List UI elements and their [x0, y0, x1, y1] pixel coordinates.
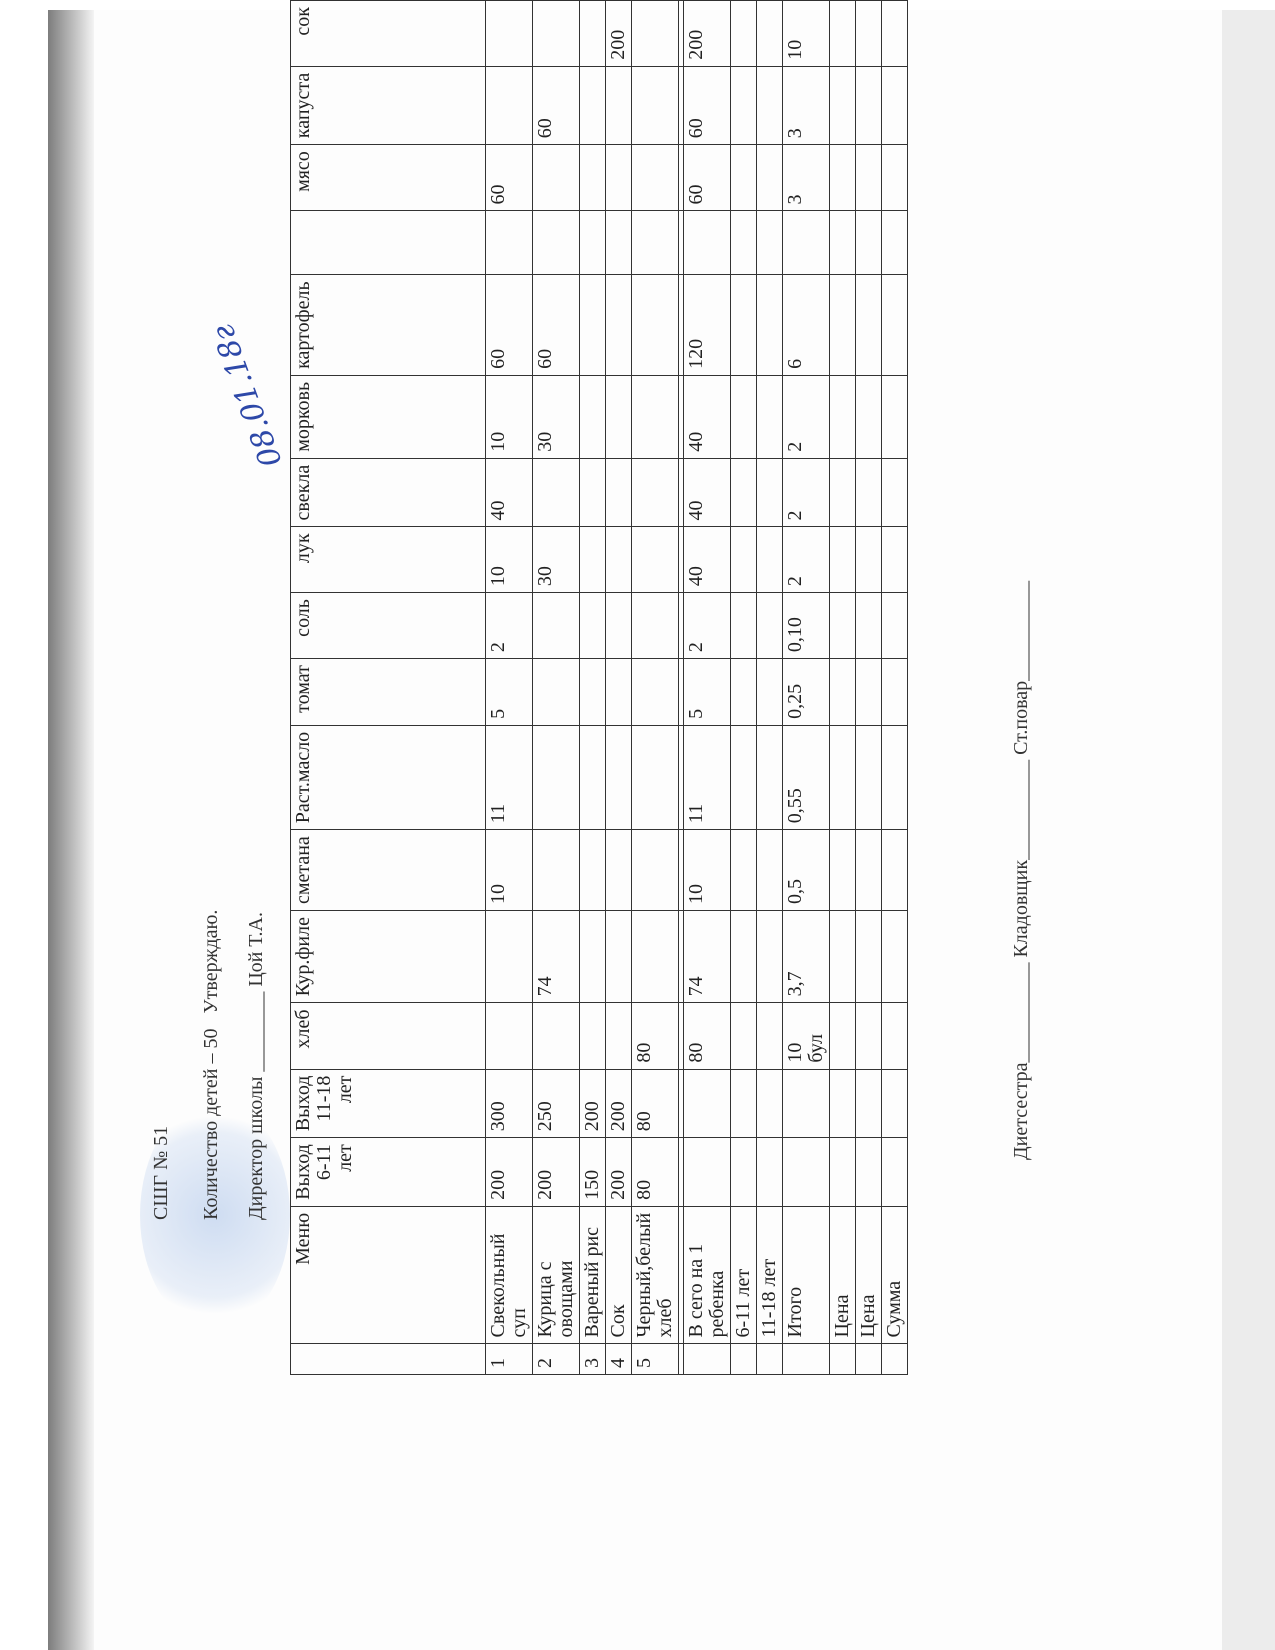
table-cell	[533, 830, 580, 911]
table-cell	[757, 911, 783, 1003]
table-cell	[757, 458, 783, 527]
table-row: Цена	[830, 1, 856, 1375]
table-cell: 74	[684, 911, 731, 1003]
row-number: 1	[486, 1344, 533, 1375]
approved-label: Утверждаю.	[200, 910, 222, 1014]
director-name: Цой Т.А.	[245, 912, 267, 987]
table-cell	[882, 725, 908, 829]
table-cell	[830, 211, 856, 275]
table-cell	[856, 458, 882, 527]
table-cell	[533, 593, 580, 659]
dish-name: Итого	[783, 1206, 830, 1344]
table-cell	[882, 830, 908, 911]
table-cell: 2	[783, 375, 830, 458]
table-row: 2Курица с овощами2002507430306060	[533, 1, 580, 1375]
column-header: Раст.масло	[291, 725, 486, 829]
table-cell: 0,55	[783, 725, 830, 829]
table-cell	[580, 375, 606, 458]
table-cell	[632, 66, 679, 144]
storekeeper-label: Кладовщик	[1010, 860, 1032, 958]
rotated-page: СШГ № 51 Количество детей – 50 Утверждаю…	[0, 0, 1275, 1650]
table-cell: 60	[684, 66, 731, 144]
table-cell	[757, 145, 783, 211]
table-cell	[830, 375, 856, 458]
table-cell: 200	[606, 1, 632, 67]
table-cell	[533, 145, 580, 211]
school-number: СШГ № 51	[150, 1126, 173, 1220]
table-cell	[632, 725, 679, 829]
table-cell	[783, 1069, 830, 1138]
table-cell: 40	[486, 458, 533, 527]
dish-name: Сумма	[882, 1206, 908, 1344]
table-cell: 150	[580, 1138, 606, 1207]
table-cell	[830, 593, 856, 659]
table-cell	[882, 1138, 908, 1207]
dish-name: Черный,белый хлеб	[632, 1206, 679, 1344]
table-cell	[580, 830, 606, 911]
table-cell	[731, 1069, 757, 1138]
dish-name: Цена	[830, 1206, 856, 1344]
table-cell: 80	[632, 1069, 679, 1138]
table-cell	[856, 145, 882, 211]
table-cell: 200	[684, 1, 731, 67]
row-number	[684, 1344, 731, 1375]
table-cell: 60	[533, 66, 580, 144]
dish-name: Сок	[606, 1206, 632, 1344]
table-cell	[757, 830, 783, 911]
column-header: Кур.филе	[291, 911, 486, 1003]
table-cell: 60	[486, 145, 533, 211]
table-cell: 300	[486, 1069, 533, 1138]
table-cell	[882, 1069, 908, 1138]
menu-table: МенюВыход 6-11 летВыход 11-18 летхлебКур…	[290, 0, 908, 1375]
table-cell	[606, 1003, 632, 1069]
table-cell	[856, 1, 882, 67]
table-cell	[632, 145, 679, 211]
table-cell	[830, 1, 856, 67]
table-cell	[606, 458, 632, 527]
table-cell: 200	[606, 1138, 632, 1207]
footer-signatures: Диетсестра__________ Кладовщик__________…	[1010, 581, 1033, 1160]
table-cell: 30	[533, 527, 580, 593]
column-header: Выход 11-18 лет	[291, 1069, 486, 1138]
column-header: сметана	[291, 830, 486, 911]
table-cell	[882, 1003, 908, 1069]
table-cell: 10	[783, 1, 830, 67]
table-cell	[830, 1138, 856, 1207]
table-cell	[882, 1, 908, 67]
director-line: Директор школы ________ Цой Т.А.	[245, 912, 268, 1220]
table-cell	[486, 66, 533, 144]
table-cell: 11	[684, 725, 731, 829]
table-cell	[856, 830, 882, 911]
table-cell	[533, 211, 580, 275]
table-cell	[882, 593, 908, 659]
table-cell	[580, 66, 606, 144]
row-number	[757, 1344, 783, 1375]
table-cell	[486, 211, 533, 275]
num-header	[291, 1344, 486, 1375]
table-cell	[830, 527, 856, 593]
dietitian-label: Диетсестра	[1010, 1063, 1032, 1160]
table-cell	[533, 725, 580, 829]
table-cell	[606, 830, 632, 911]
table-cell	[757, 375, 783, 458]
table-cell	[731, 830, 757, 911]
table-cell: 3	[783, 66, 830, 144]
column-header: соль	[291, 593, 486, 659]
table-cell	[757, 593, 783, 659]
table-cell	[830, 1003, 856, 1069]
table-cell: 60	[533, 275, 580, 375]
table-cell	[882, 458, 908, 527]
table-cell	[580, 458, 606, 527]
table-cell	[731, 593, 757, 659]
dish-name: Свекольный суп	[486, 1206, 533, 1344]
table-cell	[533, 659, 580, 726]
table-cell	[533, 1003, 580, 1069]
table-cell	[856, 275, 882, 375]
table-cell	[783, 1138, 830, 1207]
table-cell	[632, 527, 679, 593]
column-header: свекла	[291, 458, 486, 527]
dish-name: В сего на 1 ребенка	[684, 1206, 731, 1344]
table-cell: 60	[684, 145, 731, 211]
table-cell: 5	[486, 659, 533, 726]
table-cell: 80	[684, 1003, 731, 1069]
table-cell	[757, 1, 783, 67]
table-cell	[606, 145, 632, 211]
row-number: 3	[580, 1344, 606, 1375]
table-row: 5Черный,белый хлеб808080	[632, 1, 679, 1375]
table-cell	[830, 1069, 856, 1138]
table-cell: 74	[533, 911, 580, 1003]
table-cell	[882, 211, 908, 275]
column-header: хлеб	[291, 1003, 486, 1069]
table-cell	[731, 659, 757, 726]
table-cell	[632, 911, 679, 1003]
column-header: мясо	[291, 145, 486, 211]
table-cell	[632, 593, 679, 659]
table-cell	[731, 1, 757, 67]
table-cell	[757, 659, 783, 726]
table-cell	[606, 66, 632, 144]
table-row: В сего на 1 ребенка807410115240404012060…	[684, 1, 731, 1375]
row-number: 5	[632, 1344, 679, 1375]
table-cell: 40	[684, 375, 731, 458]
column-header: капуста	[291, 66, 486, 144]
table-row: Итого10 бул3,70,50,550,250,1022263310	[783, 1, 830, 1375]
table-cell	[731, 527, 757, 593]
table-row: 1Свекольный суп2003001011521040106060	[486, 1, 533, 1375]
row-number: 4	[606, 1344, 632, 1375]
table-row: Цена	[856, 1, 882, 1375]
table-cell	[856, 593, 882, 659]
table-cell	[533, 458, 580, 527]
table-row: 6-11 лет	[731, 1, 757, 1375]
table-cell	[757, 275, 783, 375]
table-cell: 6	[783, 275, 830, 375]
dish-name: Цена	[856, 1206, 882, 1344]
table-cell	[606, 527, 632, 593]
table-row: 11-18 лет	[757, 1, 783, 1375]
row-number: 2	[533, 1344, 580, 1375]
table-cell	[580, 211, 606, 275]
table-cell: 200	[606, 1069, 632, 1138]
table-cell	[606, 725, 632, 829]
table-cell	[856, 527, 882, 593]
table-cell	[856, 211, 882, 275]
table-cell	[856, 1138, 882, 1207]
table-cell	[580, 1, 606, 67]
column-header: морковь	[291, 375, 486, 458]
table-cell: 2	[783, 458, 830, 527]
table-cell: 250	[533, 1069, 580, 1138]
row-number	[783, 1344, 830, 1375]
row-number	[830, 1344, 856, 1375]
table-cell	[731, 275, 757, 375]
table-cell: 0,25	[783, 659, 830, 726]
table-cell: 200	[533, 1138, 580, 1207]
table-cell	[757, 1138, 783, 1207]
table-cell	[882, 527, 908, 593]
table-cell	[882, 375, 908, 458]
table-cell	[783, 211, 830, 275]
column-header: томат	[291, 659, 486, 726]
table-cell	[882, 659, 908, 726]
table-cell	[606, 911, 632, 1003]
table-cell	[684, 1069, 731, 1138]
table-cell: 0,5	[783, 830, 830, 911]
row-number	[856, 1344, 882, 1375]
director-label: Директор школы	[245, 1077, 267, 1220]
table-cell	[830, 725, 856, 829]
table-cell	[731, 1138, 757, 1207]
table-cell	[757, 1003, 783, 1069]
table-row: Сумма	[882, 1, 908, 1375]
table-cell	[632, 659, 679, 726]
table-cell: 11	[486, 725, 533, 829]
column-header	[291, 211, 486, 275]
table-cell	[882, 66, 908, 144]
table-cell	[856, 659, 882, 726]
children-count: 50	[200, 1029, 222, 1049]
table-cell: 2	[684, 593, 731, 659]
table-cell: 120	[684, 275, 731, 375]
table-cell	[684, 1138, 731, 1207]
column-header: картофель	[291, 275, 486, 375]
table-cell: 40	[684, 458, 731, 527]
table-cell: 10	[486, 527, 533, 593]
table-cell	[684, 211, 731, 275]
table-cell	[757, 1069, 783, 1138]
column-header: лук	[291, 527, 486, 593]
table-cell	[731, 375, 757, 458]
table-cell	[731, 211, 757, 275]
table-cell	[830, 458, 856, 527]
table-cell	[882, 275, 908, 375]
chef-label: Ст.повар	[1010, 681, 1032, 755]
table-cell	[830, 145, 856, 211]
table-cell: 80	[632, 1003, 679, 1069]
children-count-line: Количество детей – 50 Утверждаю.	[200, 910, 223, 1220]
table-cell	[830, 275, 856, 375]
table-cell	[882, 911, 908, 1003]
table-cell	[830, 66, 856, 144]
table-cell	[632, 830, 679, 911]
table-cell	[856, 66, 882, 144]
table-cell	[533, 1, 580, 67]
table-cell: 10	[486, 375, 533, 458]
table-cell	[632, 458, 679, 527]
table-cell: 2	[783, 527, 830, 593]
table-cell	[606, 375, 632, 458]
menu-header: Меню	[291, 1206, 486, 1344]
column-header: Выход 6-11 лет	[291, 1138, 486, 1207]
table-cell	[830, 659, 856, 726]
table-cell	[856, 911, 882, 1003]
table-cell: 40	[684, 527, 731, 593]
dish-name: Курица с овощами	[533, 1206, 580, 1344]
row-number	[882, 1344, 908, 1375]
table-cell	[580, 1003, 606, 1069]
table-cell: 30	[533, 375, 580, 458]
table-cell	[757, 66, 783, 144]
table-cell	[606, 593, 632, 659]
table-cell	[731, 911, 757, 1003]
table-cell: 200	[486, 1138, 533, 1207]
table-cell	[580, 145, 606, 211]
table-cell	[882, 145, 908, 211]
dish-name: 6-11 лет	[731, 1206, 757, 1344]
table-cell	[830, 911, 856, 1003]
table-cell	[632, 275, 679, 375]
table-cell: 3	[783, 145, 830, 211]
table-cell	[580, 275, 606, 375]
table-cell	[731, 458, 757, 527]
table-cell	[632, 1, 679, 67]
table-cell: 0,10	[783, 593, 830, 659]
table-cell	[731, 145, 757, 211]
table-cell	[580, 527, 606, 593]
handwritten-date: 08.01.18г	[206, 320, 290, 472]
table-cell	[757, 725, 783, 829]
table-cell	[486, 1003, 533, 1069]
table-cell	[606, 659, 632, 726]
table-cell	[856, 375, 882, 458]
table-cell	[632, 375, 679, 458]
table-cell	[606, 275, 632, 375]
table-cell: 2	[486, 593, 533, 659]
table-cell	[486, 911, 533, 1003]
dish-name: Вареный рис	[580, 1206, 606, 1344]
table-row: 3Вареный рис150200	[580, 1, 606, 1375]
table-cell	[632, 211, 679, 275]
table-row: 4Сок200200200	[606, 1, 632, 1375]
table-cell	[486, 1, 533, 67]
children-count-label: Количество детей	[200, 1069, 222, 1221]
table-cell	[757, 527, 783, 593]
table-cell	[580, 593, 606, 659]
table-cell	[856, 1003, 882, 1069]
table-cell	[731, 66, 757, 144]
table-cell	[580, 725, 606, 829]
dish-name: 11-18 лет	[757, 1206, 783, 1344]
table-cell	[731, 1003, 757, 1069]
table-cell	[580, 911, 606, 1003]
table-cell	[830, 830, 856, 911]
table-cell: 5	[684, 659, 731, 726]
table-cell	[856, 1069, 882, 1138]
header-row: МенюВыход 6-11 летВыход 11-18 летхлебКур…	[291, 1, 486, 1375]
table-cell: 3,7	[783, 911, 830, 1003]
table-cell: 80	[632, 1138, 679, 1207]
table-cell	[757, 211, 783, 275]
column-header: сок	[291, 1, 486, 67]
table-cell	[580, 659, 606, 726]
table-cell	[856, 725, 882, 829]
table-cell: 10 бул	[783, 1003, 830, 1069]
table-cell	[606, 211, 632, 275]
row-number	[731, 1344, 757, 1375]
table-cell: 10	[486, 830, 533, 911]
table-cell	[731, 725, 757, 829]
table-cell: 10	[684, 830, 731, 911]
table-cell: 60	[486, 275, 533, 375]
table-cell: 200	[580, 1069, 606, 1138]
